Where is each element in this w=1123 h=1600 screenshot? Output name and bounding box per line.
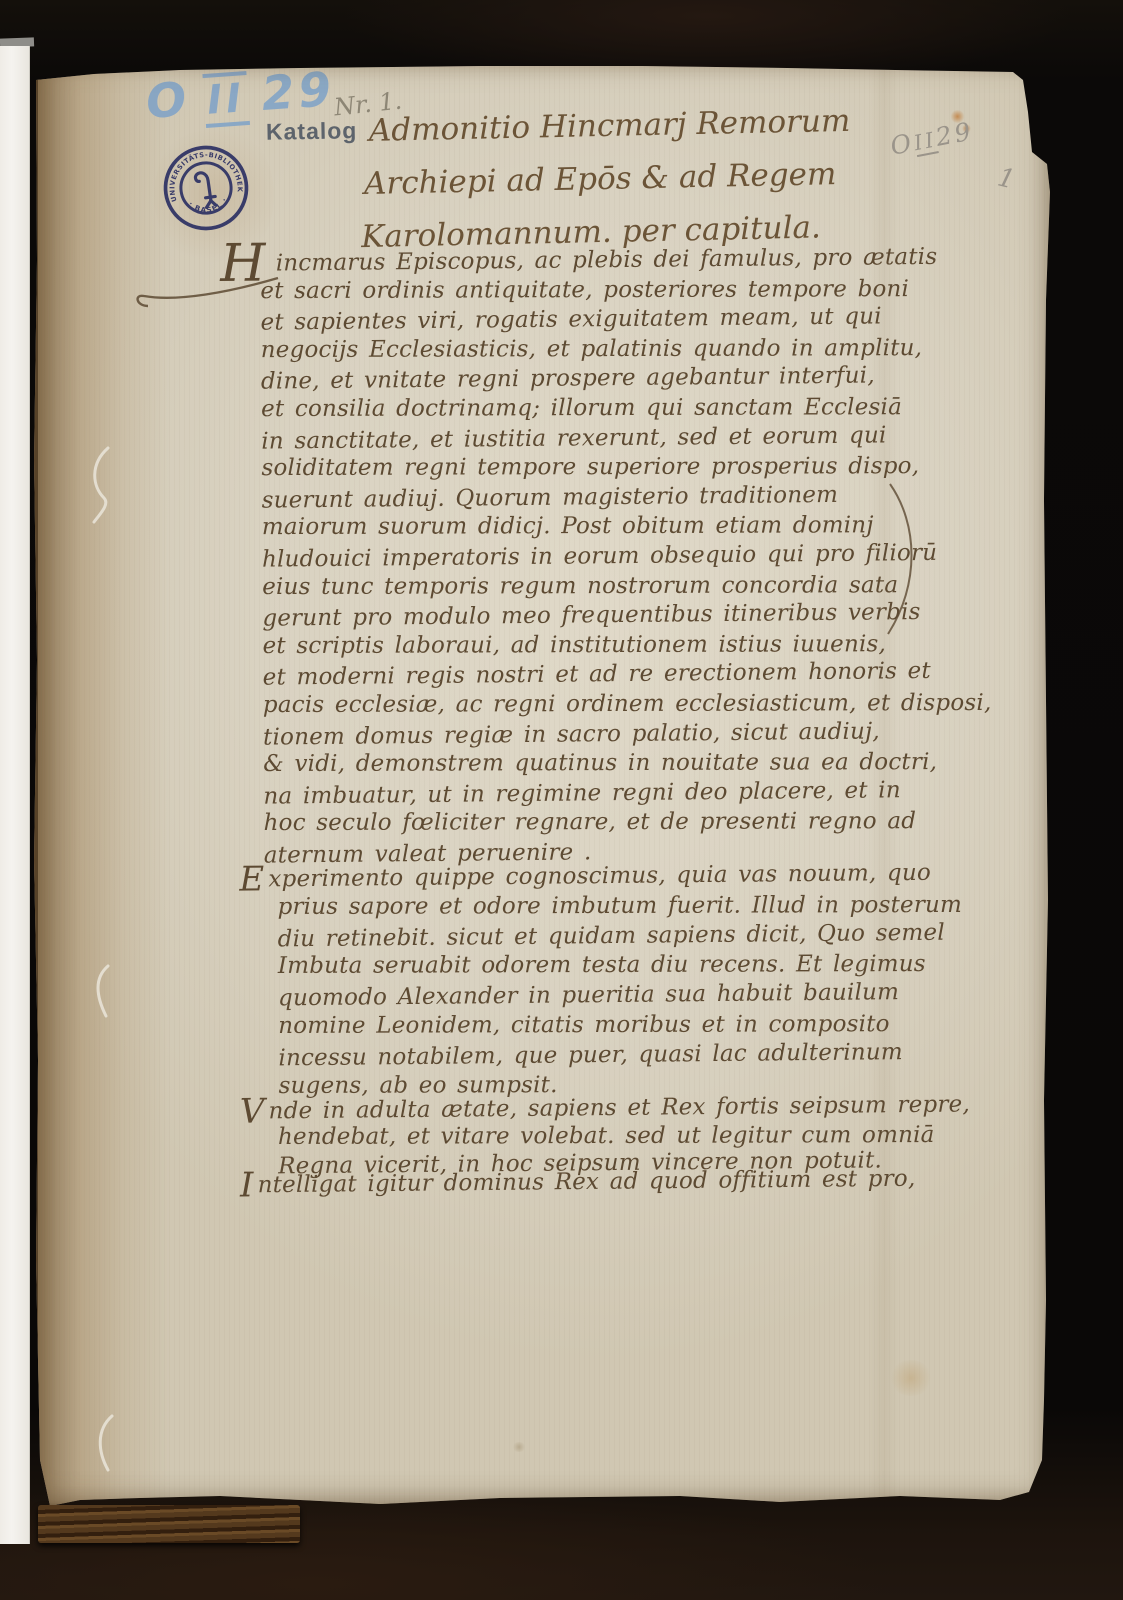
- foxing-stain: [889, 1360, 933, 1396]
- pencil-shelfmark: OII29: [888, 116, 976, 160]
- shelfmark-number: 29: [933, 116, 976, 152]
- paragraph-initial: H: [220, 234, 266, 294]
- manuscript-line: dine, et vnitate regni prospere agebantu…: [261, 361, 990, 398]
- manuscript-line: tionem domus regiæ in sacro palatio, sic…: [263, 716, 992, 753]
- paragraph: Experimento quippe cognoscimus, quia vas…: [255, 860, 963, 1103]
- manuscript-line: Intelligat igitur dominus Rex ad quod of…: [256, 1165, 916, 1201]
- manuscript-line: incessu notabilem, que puer, quasi lac a…: [278, 1037, 963, 1074]
- manuscript-line: et moderni regis nostri et ad re erectio…: [263, 657, 992, 694]
- paragraph-initial: V: [240, 1091, 265, 1131]
- manuscript-line: & vidi, demonstrem quatinus in nouitate …: [263, 748, 992, 780]
- paragraph-initial: E: [239, 859, 264, 899]
- manuscript-page: OII29 Nr. 1. Katalog UNIVERSITÄTS-BIBLIO…: [34, 60, 1052, 1508]
- basel-crozier-icon: [195, 171, 217, 208]
- manuscript-line: eius tunc temporis regum nostrorum conco…: [262, 570, 991, 602]
- manuscript-photo: OII29 Nr. 1. Katalog UNIVERSITÄTS-BIBLIO…: [0, 0, 1123, 1600]
- manuscript-line: prius sapore et odore imbutum fuerit. Il…: [278, 891, 963, 923]
- paragraph: Hincmarus Episcopus, ac plebis dei famul…: [254, 244, 992, 870]
- manuscript-line: Experimento quippe cognoscimus, quia vas…: [255, 858, 962, 895]
- leather-binding-edge: [38, 1505, 300, 1543]
- shelfmark-roman-numeral: II: [202, 71, 249, 128]
- manuscript-line: soliditatem regni tempore superiore pros…: [261, 452, 990, 484]
- manuscript-line: hoc seculo fœliciter regnare, et de pres…: [264, 807, 993, 839]
- manuscript-line: quomodo Alexander in pueritia sua habuit…: [278, 978, 963, 1015]
- foxing-stain: [512, 1442, 526, 1452]
- pencil-folio-number: 1: [995, 162, 1018, 195]
- shelfmark-letter: O: [144, 72, 192, 130]
- library-stamp: UNIVERSITÄTS-BIBLIOTHEK · BASEL ·: [156, 138, 255, 237]
- manuscript-line: et consilia doctrinamq; illorum qui sanc…: [261, 393, 990, 425]
- sewing-thread: [92, 1412, 118, 1474]
- manuscript-line: gerunt pro modulo meo frequentibus itine…: [262, 597, 991, 634]
- manuscript-line: hludouici imperatoris in eorum obsequio …: [262, 538, 991, 575]
- paragraph: Intelligat igitur dominus Rex ad quod of…: [256, 1166, 916, 1199]
- sewing-thread: [84, 444, 114, 526]
- manuscript-line: Imbuta seruabit odorem testa diu recens.…: [278, 950, 963, 982]
- manuscript-title: Admonitio Hincmarj Remorum Archiepi ad E…: [354, 95, 853, 264]
- manuscript-line: et sapientes viri, rogatis exiguitatem m…: [260, 302, 989, 339]
- shelfmark-number: 29: [260, 62, 337, 122]
- mount-board: [0, 46, 30, 1544]
- manuscript-line: maiorum suorum didicj. Post obitum etiam…: [262, 511, 991, 543]
- manuscript-line: pacis ecclesiæ, ac regni ordinem ecclesi…: [263, 689, 992, 721]
- manuscript-line: Hincmarus Episcopus, ac plebis dei famul…: [254, 242, 989, 279]
- manuscript-line: Vnde in adulta ætate, sapiens et Rex for…: [256, 1091, 970, 1126]
- sewing-thread: [88, 962, 114, 1020]
- katalog-stamp: Katalog: [266, 117, 358, 146]
- paragraph-initial: I: [240, 1165, 254, 1205]
- manuscript-line: nomine Leonidem, citatis moribus et in c…: [278, 1010, 963, 1042]
